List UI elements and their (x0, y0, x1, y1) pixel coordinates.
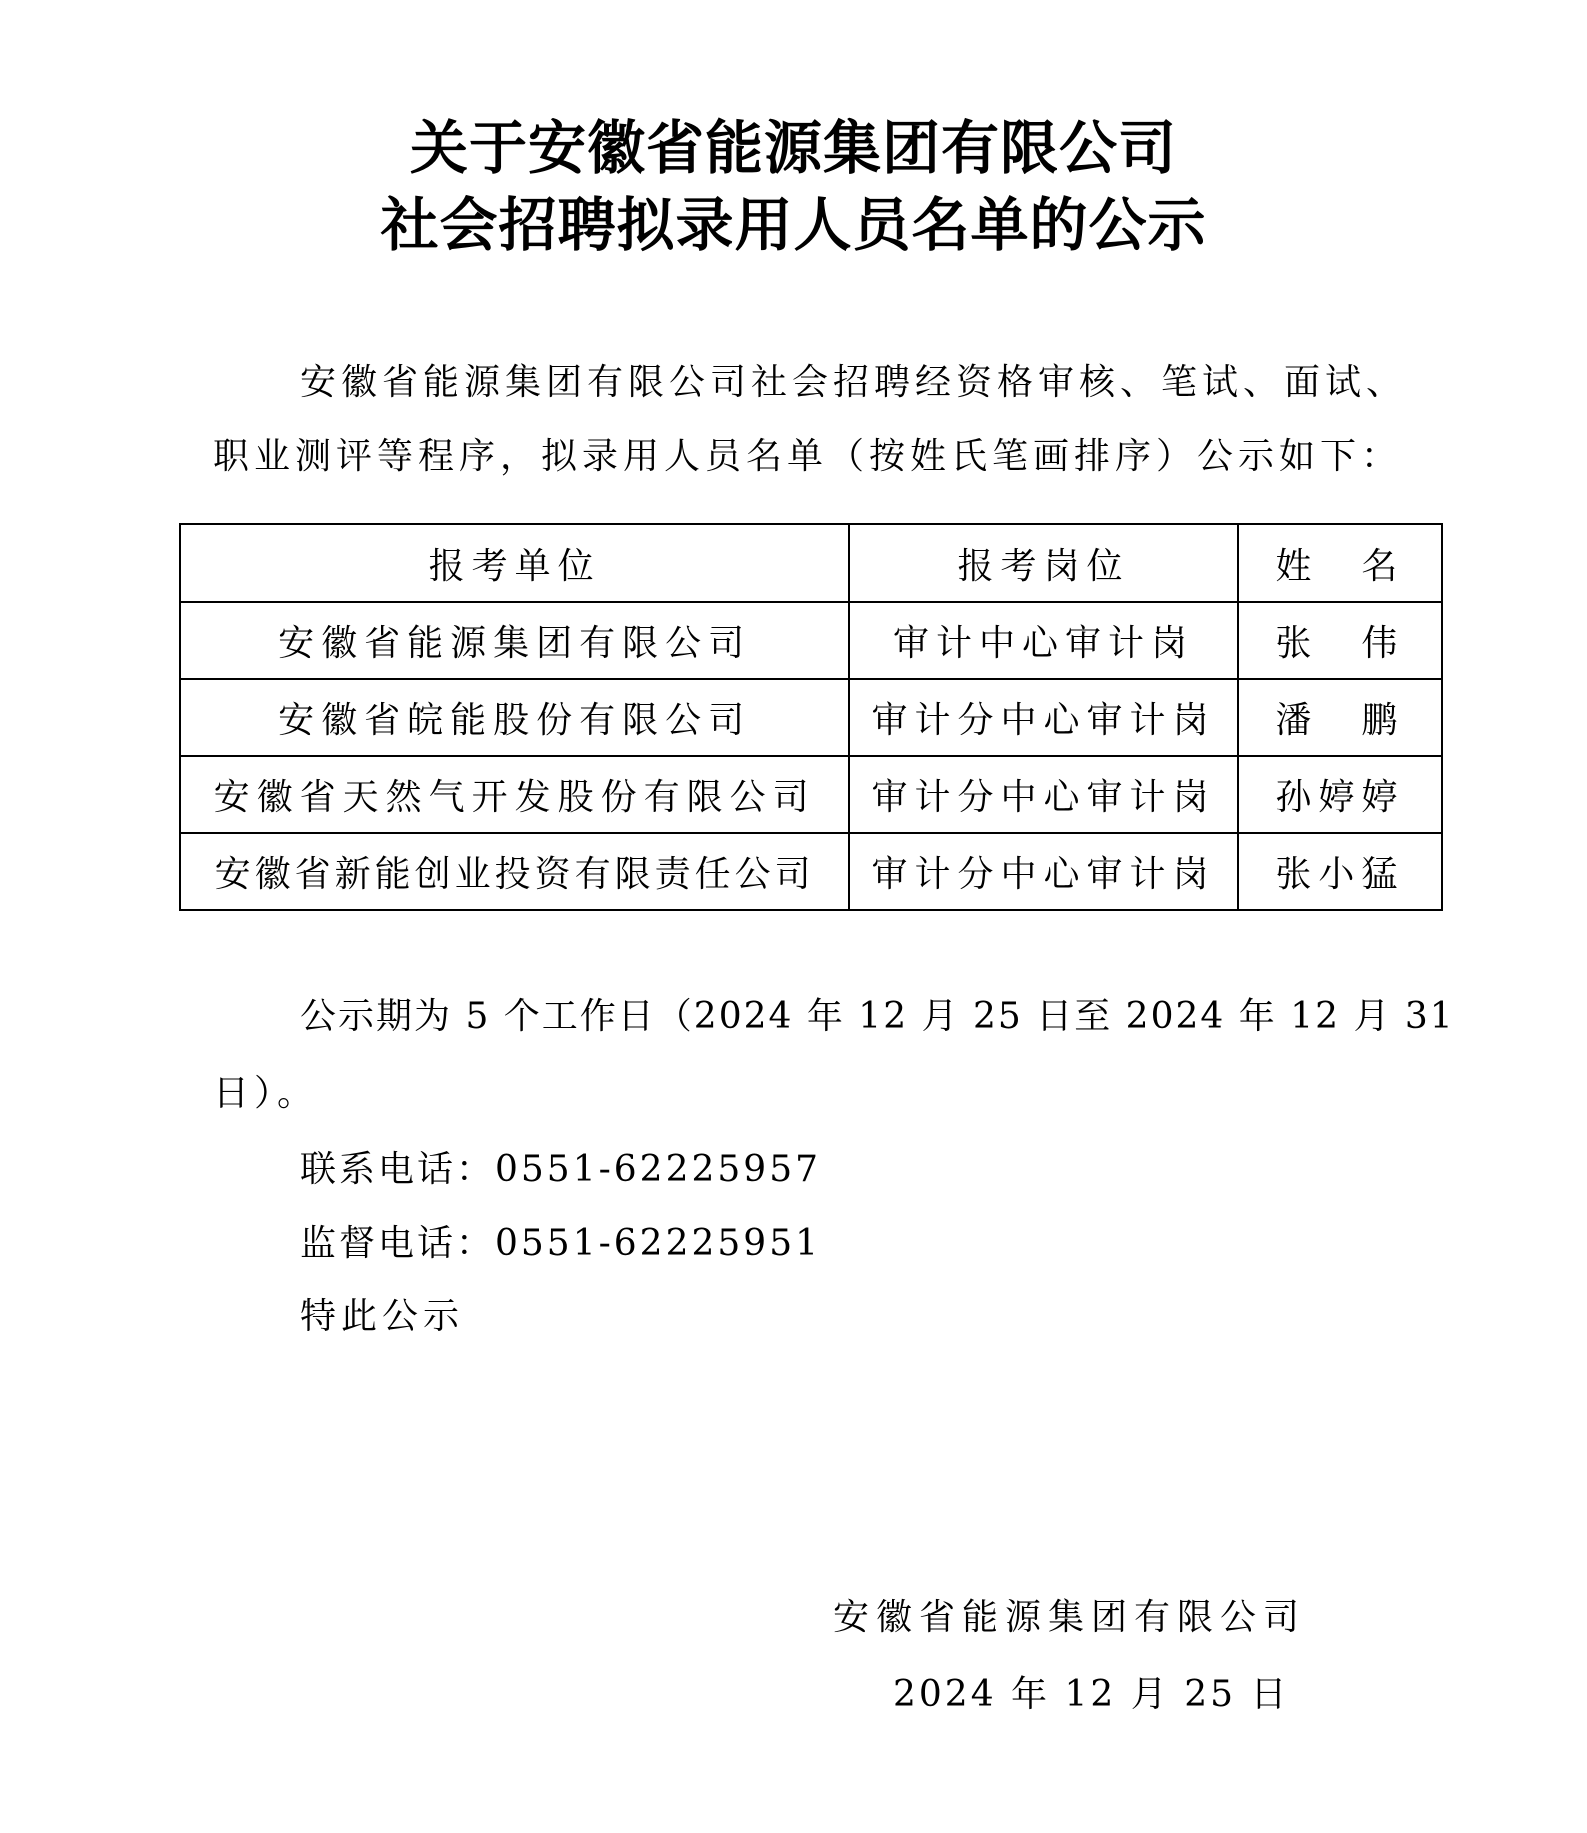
table-header-row: 报考单位 报考岗位 姓 名 (180, 524, 1442, 602)
contact-phone: 联系电话：0551-62225957 (300, 1148, 821, 1192)
signature-date: 2024 年 12 月 25 日 (893, 1673, 1289, 1717)
cell-name: 张小猛 (1238, 833, 1442, 910)
cell-unit: 安徽省天然气开发股份有限公司 (180, 756, 849, 833)
cell-position: 审计分中心审计岗 (849, 679, 1238, 756)
cell-unit: 安徽省皖能股份有限公司 (180, 679, 849, 756)
document-title-line-1: 关于安徽省能源集团有限公司 (0, 113, 1587, 183)
cell-position: 审计分中心审计岗 (849, 756, 1238, 833)
intro-paragraph-line-1: 安徽省能源集团有限公司社会招聘经资格审核、笔试、面试、 (300, 361, 1407, 405)
cell-unit: 安徽省新能创业投资有限责任公司 (180, 833, 849, 910)
table-row: 安徽省能源集团有限公司 审计中心审计岗 张 伟 (180, 602, 1442, 679)
signature-organization: 安徽省能源集团有限公司 (833, 1596, 1306, 1640)
cell-name: 潘 鹏 (1238, 679, 1442, 756)
header-name: 姓 名 (1238, 524, 1442, 602)
table-row: 安徽省新能创业投资有限责任公司 审计分中心审计岗 张小猛 (180, 833, 1442, 910)
period-paragraph-line-1: 公示期为 5 个工作日（2024 年 12 月 25 日至 2024 年 12 … (300, 995, 1455, 1039)
cell-unit: 安徽省能源集团有限公司 (180, 602, 849, 679)
cell-name: 张 伟 (1238, 602, 1442, 679)
header-unit: 报考单位 (180, 524, 849, 602)
cell-position: 审计中心审计岗 (849, 602, 1238, 679)
closing-statement: 特此公示 (300, 1295, 464, 1339)
supervision-phone: 监督电话：0551-62225951 (300, 1222, 821, 1266)
table-row: 安徽省皖能股份有限公司 审计分中心审计岗 潘 鹏 (180, 679, 1442, 756)
intro-paragraph-line-2: 职业测评等程序，拟录用人员名单（按姓氏笔画排序）公示如下： (213, 435, 1402, 479)
cell-position: 审计分中心审计岗 (849, 833, 1238, 910)
table-row: 安徽省天然气开发股份有限公司 审计分中心审计岗 孙婷婷 (180, 756, 1442, 833)
document-title-line-2: 社会招聘拟录用人员名单的公示 (0, 190, 1587, 260)
candidate-table: 报考单位 报考岗位 姓 名 安徽省能源集团有限公司 审计中心审计岗 张 伟 安徽… (179, 523, 1443, 911)
header-position: 报考岗位 (849, 524, 1238, 602)
cell-name: 孙婷婷 (1238, 756, 1442, 833)
period-paragraph-line-2: 日）。 (213, 1072, 318, 1116)
